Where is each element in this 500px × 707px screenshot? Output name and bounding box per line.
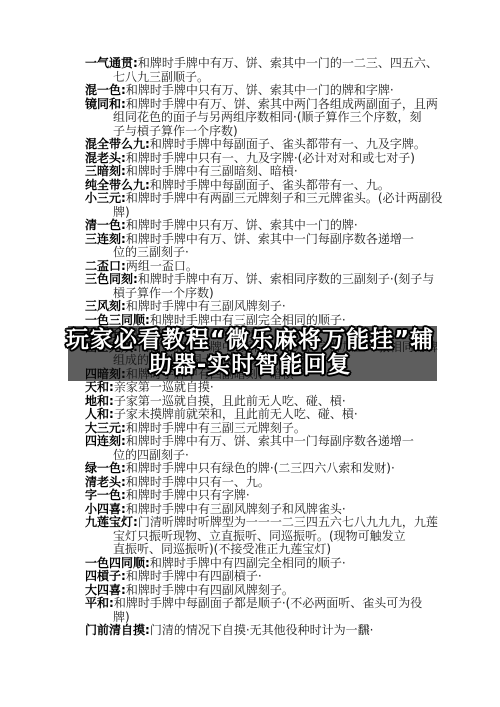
yaku-entry: 小四喜:和牌时手牌中有三副风牌刻子和风牌雀头· — [85, 503, 455, 517]
yaku-label: 平和: — [85, 596, 114, 610]
spam-line-2: 助器-实时智能回复 — [50, 353, 450, 378]
yaku-text-line: 和牌时手牌中只有字牌· — [126, 488, 250, 502]
yaku-label: 门前清自摸: — [85, 623, 150, 637]
yaku-text-line: 和牌时手牌中有三副完全相同的顺子· — [150, 313, 346, 327]
yaku-label: 大四喜: — [85, 583, 126, 597]
yaku-label: 三连刻: — [85, 232, 126, 246]
yaku-entry-first-line: 纯全带么九:和牌时手牌中每副面子、雀头都带有一、九。 — [85, 179, 455, 193]
yaku-entry-first-line: 门前清自摸:门清的情况下自摸·无其他役种时计为一飜· — [85, 624, 455, 638]
yaku-entry-first-line: 小三元:和牌时手牌中有两副三元牌刻子和三元牌雀头。(必计两副役 — [85, 192, 455, 206]
yaku-label: 天和: — [85, 380, 114, 394]
yaku-label: 三色同刻: — [85, 272, 138, 286]
yaku-continuation-line: 牌) — [85, 206, 455, 220]
yaku-text-line: 和牌时手牌中有万、饼、索相同序数的三副刻子·(刻子与 — [138, 272, 435, 286]
yaku-entry: 二盃口:两组一盃口。 — [85, 260, 455, 274]
yaku-text-line: 和牌时手牌中有万、饼、索其中一门的一二三、四五六、 — [138, 56, 438, 70]
yaku-continuation-line: 子与槓子算作一个序数) — [85, 125, 455, 139]
yaku-entry: 三连刻:和牌时手牌中有万、饼、索其中一门每副序数各递增一 位的三副刻子· — [85, 233, 455, 260]
yaku-continuation-line: 直振听、同巡振听)(不接受准正九莲宝灯) — [85, 543, 455, 557]
yaku-text-line: 和牌时手牌中有三副三元牌刻子。 — [126, 421, 306, 435]
yaku-entry-first-line: 绿一色:和牌时手牌中只有绿色的牌·(二三四六八索和发财)· — [85, 462, 455, 476]
yaku-entry-first-line: 三连刻:和牌时手牌中有万、饼、索其中一门每副序数各递增一 — [85, 233, 455, 247]
yaku-label: 绿一色: — [85, 461, 126, 475]
yaku-entry-first-line: 地和:子家第一巡就自摸，且此前无人吃、碰、槓· — [85, 395, 455, 409]
yaku-entry: 一气通贯:和牌时手牌中有万、饼、索其中一门的一二三、四五六、 七八九三副顺子。 — [85, 57, 455, 84]
yaku-entry-first-line: 三暗刻:和牌时手牌中有三副暗刻、暗槓· — [85, 165, 455, 179]
yaku-entry: 平和:和牌时手牌中每副面子都是顺子·(不必两面听、雀头可为役 牌) — [85, 597, 455, 624]
yaku-entry: 一色三同顺:和牌时手牌中有三副完全相同的顺子· — [85, 314, 455, 328]
yaku-text-line: 和牌时手牌中有三副风牌刻子· — [126, 299, 286, 313]
yaku-continuation-line: 牌) — [85, 611, 455, 625]
yaku-entry-first-line: 三风刻:和牌时手牌中有三副风牌刻子· — [85, 300, 455, 314]
yaku-label: 一色三同顺: — [85, 313, 150, 327]
yaku-entry-first-line: 平和:和牌时手牌中每副面子都是顺子·(不必两面听、雀头可为役 — [85, 597, 455, 611]
yaku-entry-first-line: 字一色:和牌时手牌中只有字牌· — [85, 489, 455, 503]
yaku-label: 九莲宝灯: — [85, 515, 138, 529]
yaku-text-line: 和牌时手牌中只有万、饼、索其中一门的牌· — [126, 218, 358, 232]
yaku-entry: 混老头:和牌时手牌中只有一、九及字牌·(必计对对和或七对子) — [85, 152, 455, 166]
yaku-label: 四连刻: — [85, 434, 126, 448]
yaku-label: 清老头: — [85, 475, 126, 489]
yaku-label: 大三元: — [85, 421, 126, 435]
yaku-entry-first-line: 混老头:和牌时手牌中只有一、九及字牌·(必计对对和或七对子) — [85, 152, 455, 166]
yaku-text-line: 子家未摸牌前就荣和，且此前无人吃、碰、槓· — [114, 407, 358, 421]
yaku-entry-first-line: 一色三同顺:和牌时手牌中有三副完全相同的顺子· — [85, 314, 455, 328]
yaku-label: 混全带么九: — [85, 137, 150, 151]
yaku-text-line: 两组一盃口。 — [126, 259, 198, 273]
yaku-entry: 混一色:和牌时手牌中只有万、饼、索其中一门的牌和字牌· — [85, 84, 455, 98]
yaku-label: 混老头: — [85, 151, 126, 165]
yaku-text-line: 门清听牌时听牌型为一一一二三四五六七八九九九，九莲 — [138, 515, 438, 529]
yaku-continuation-line: 组同花色的面子与另两组序数相同·(顺子算作三个序数，刻 — [85, 111, 455, 125]
yaku-entry-first-line: 三色同刻:和牌时手牌中有万、饼、索相同序数的三副刻子·(刻子与 — [85, 273, 455, 287]
yaku-label: 清一色: — [85, 218, 126, 232]
yaku-entry-first-line: 混一色:和牌时手牌中只有万、饼、索其中一门的牌和字牌· — [85, 84, 455, 98]
yaku-entry-first-line: 大三元:和牌时手牌中有三副三元牌刻子。 — [85, 422, 455, 436]
yaku-text-line: 和牌时手牌中每副面子、雀头都带有一、九及字牌。 — [150, 137, 426, 151]
yaku-entry: 绿一色:和牌时手牌中只有绿色的牌·(二三四六八索和发财)· — [85, 462, 455, 476]
yaku-entry: 清一色:和牌时手牌中只有万、饼、索其中一门的牌· — [85, 219, 455, 233]
yaku-label: 三风刻: — [85, 299, 126, 313]
yaku-entry: 天和:亲家第一巡就自摸· — [85, 381, 455, 395]
yaku-text-line: 和牌时手牌中只有一、九及字牌·(必计对对和或七对子) — [126, 151, 415, 165]
yaku-continuation-line: 槓子算作一个序数) — [85, 287, 455, 301]
spam-overlay-text: 玩家必看教程“微乐麻将万能挂”辅 助器-实时智能回复 — [50, 328, 450, 378]
yaku-text-line: 和牌时手牌中只有绿色的牌·(二三四六八索和发财)· — [126, 461, 395, 475]
yaku-continuation-line: 宝灯只振听现物、立直振听、同巡振听。(现物可触发立 — [85, 530, 455, 544]
yaku-label: 二盃口: — [85, 259, 126, 273]
yaku-label: 人和: — [85, 407, 114, 421]
yaku-entry: 地和:子家第一巡就自摸，且此前无人吃、碰、槓· — [85, 395, 455, 409]
yaku-entry: 纯全带么九:和牌时手牌中每副面子、雀头都带有一、九。 — [85, 179, 455, 193]
yaku-entry: 一色四同顺:和牌时手牌中有四副完全相同的顺子· — [85, 557, 455, 571]
yaku-entry: 四连刻:和牌时手牌中有万、饼、索其中一门每副序数各递增一 位的四副刻子· — [85, 435, 455, 462]
yaku-entry-first-line: 清一色:和牌时手牌中只有万、饼、索其中一门的牌· — [85, 219, 455, 233]
yaku-entry-first-line: 混全带么九:和牌时手牌中每副面子、雀头都带有一、九及字牌。 — [85, 138, 455, 152]
yaku-label: 三暗刻: — [85, 164, 126, 178]
yaku-text-line: 和牌时手牌中有万、饼、索其中两门各组成两副面子，且两 — [126, 97, 438, 111]
yaku-label: 小三元: — [85, 191, 126, 205]
document-page: 一气通贯:和牌时手牌中有万、饼、索其中一门的一二三、四五六、 七八九三副顺子。 … — [0, 0, 500, 707]
yaku-text-line: 和牌时手牌中有四副完全相同的顺子· — [150, 556, 346, 570]
yaku-entry: 四槓子:和牌时手牌中有四副槓子· — [85, 570, 455, 584]
yaku-text-line: 和牌时手牌中有万、饼、索其中一门每副序数各递增一 — [126, 434, 414, 448]
yaku-label: 四槓子: — [85, 569, 126, 583]
yaku-text-line: 和牌时手牌中有万、饼、索其中一门每副序数各递增一 — [126, 232, 414, 246]
yaku-label: 一色四同顺: — [85, 556, 150, 570]
yaku-text-line: 和牌时手牌中有三副风牌刻子和风牌雀头· — [126, 502, 346, 516]
yaku-entry-first-line: 四槓子:和牌时手牌中有四副槓子· — [85, 570, 455, 584]
yaku-entry-first-line: 四连刻:和牌时手牌中有万、饼、索其中一门每副序数各递增一 — [85, 435, 455, 449]
yaku-text-line: 和牌时手牌中每副面子都是顺子·(不必两面听、雀头可为役 — [114, 596, 423, 610]
yaku-label: 纯全带么九: — [85, 178, 150, 192]
yaku-entry-first-line: 大四喜:和牌时手牌中有四副风牌刻子。 — [85, 584, 455, 598]
yaku-entry: 镜同和:和牌时手牌中有万、饼、索其中两门各组成两副面子，且两 组同花色的面子与另… — [85, 98, 455, 139]
yaku-text-line: 和牌时手牌中有两副三元牌刻子和三元牌雀头。(必计两副役 — [126, 191, 443, 205]
yaku-text-line: 门清的情况下自摸·无其他役种时计为一飜· — [150, 623, 374, 637]
yaku-entry: 大三元:和牌时手牌中有三副三元牌刻子。 — [85, 422, 455, 436]
yaku-entry: 字一色:和牌时手牌中只有字牌· — [85, 489, 455, 503]
yaku-label: 镜同和: — [85, 97, 126, 111]
yaku-entry: 清老头:和牌时手牌中只有一、九。 — [85, 476, 455, 490]
yaku-label: 字一色: — [85, 488, 126, 502]
yaku-entry-first-line: 九莲宝灯:门清听牌时听牌型为一一一二三四五六七八九九九，九莲 — [85, 516, 455, 530]
yaku-entry: 三色同刻:和牌时手牌中有万、饼、索相同序数的三副刻子·(刻子与 槓子算作一个序数… — [85, 273, 455, 300]
yaku-entry: 混全带么九:和牌时手牌中每副面子、雀头都带有一、九及字牌。 — [85, 138, 455, 152]
yaku-continuation-line: 位的三副刻子· — [85, 246, 455, 260]
yaku-text-line: 和牌时手牌中每副面子、雀头都带有一、九。 — [150, 178, 390, 192]
yaku-entry: 人和:子家未摸牌前就荣和，且此前无人吃、碰、槓· — [85, 408, 455, 422]
yaku-entry: 小三元:和牌时手牌中有两副三元牌刻子和三元牌雀头。(必计两副役 牌) — [85, 192, 455, 219]
yaku-continuation-line: 七八九三副顺子。 — [85, 71, 455, 85]
yaku-text-line: 和牌时手牌中只有一、九。 — [126, 475, 270, 489]
yaku-entry: 九莲宝灯:门清听牌时听牌型为一一一二三四五六七八九九九，九莲 宝灯只振听现物、立… — [85, 516, 455, 557]
yaku-entry-first-line: 二盃口:两组一盃口。 — [85, 260, 455, 274]
spam-line-1: 玩家必看教程“微乐麻将万能挂”辅 — [50, 328, 450, 353]
yaku-label: 混一色: — [85, 83, 126, 97]
yaku-text-line: 和牌时手牌中只有万、饼、索其中一门的牌和字牌· — [126, 83, 394, 97]
yaku-entry-first-line: 小四喜:和牌时手牌中有三副风牌刻子和风牌雀头· — [85, 503, 455, 517]
yaku-entry-first-line: 人和:子家未摸牌前就荣和，且此前无人吃、碰、槓· — [85, 408, 455, 422]
yaku-entry-first-line: 一气通贯:和牌时手牌中有万、饼、索其中一门的一二三、四五六、 — [85, 57, 455, 71]
yaku-text-line: 和牌时手牌中有三副暗刻、暗槓· — [126, 164, 298, 178]
yaku-text-line: 和牌时手牌中有四副槓子· — [126, 569, 262, 583]
yaku-text-line: 和牌时手牌中有四副风牌刻子。 — [126, 583, 294, 597]
yaku-entry: 门前清自摸:门清的情况下自摸·无其他役种时计为一飜· — [85, 624, 455, 638]
yaku-text-line: 亲家第一巡就自摸· — [114, 380, 214, 394]
yaku-entry: 三暗刻:和牌时手牌中有三副暗刻、暗槓· — [85, 165, 455, 179]
yaku-entry-first-line: 一色四同顺:和牌时手牌中有四副完全相同的顺子· — [85, 557, 455, 571]
yaku-entry-first-line: 镜同和:和牌时手牌中有万、饼、索其中两门各组成两副面子，且两 — [85, 98, 455, 112]
yaku-label: 小四喜: — [85, 502, 126, 516]
yaku-entry-first-line: 天和:亲家第一巡就自摸· — [85, 381, 455, 395]
yaku-entry: 大四喜:和牌时手牌中有四副风牌刻子。 — [85, 584, 455, 598]
yaku-label: 地和: — [85, 394, 114, 408]
yaku-continuation-line: 位的四副刻子· — [85, 449, 455, 463]
yaku-entry: 三风刻:和牌时手牌中有三副风牌刻子· — [85, 300, 455, 314]
yaku-label: 一气通贯: — [85, 56, 138, 70]
yaku-text-line: 子家第一巡就自摸，且此前无人吃、碰、槓· — [114, 394, 346, 408]
yaku-entry-first-line: 清老头:和牌时手牌中只有一、九。 — [85, 476, 455, 490]
